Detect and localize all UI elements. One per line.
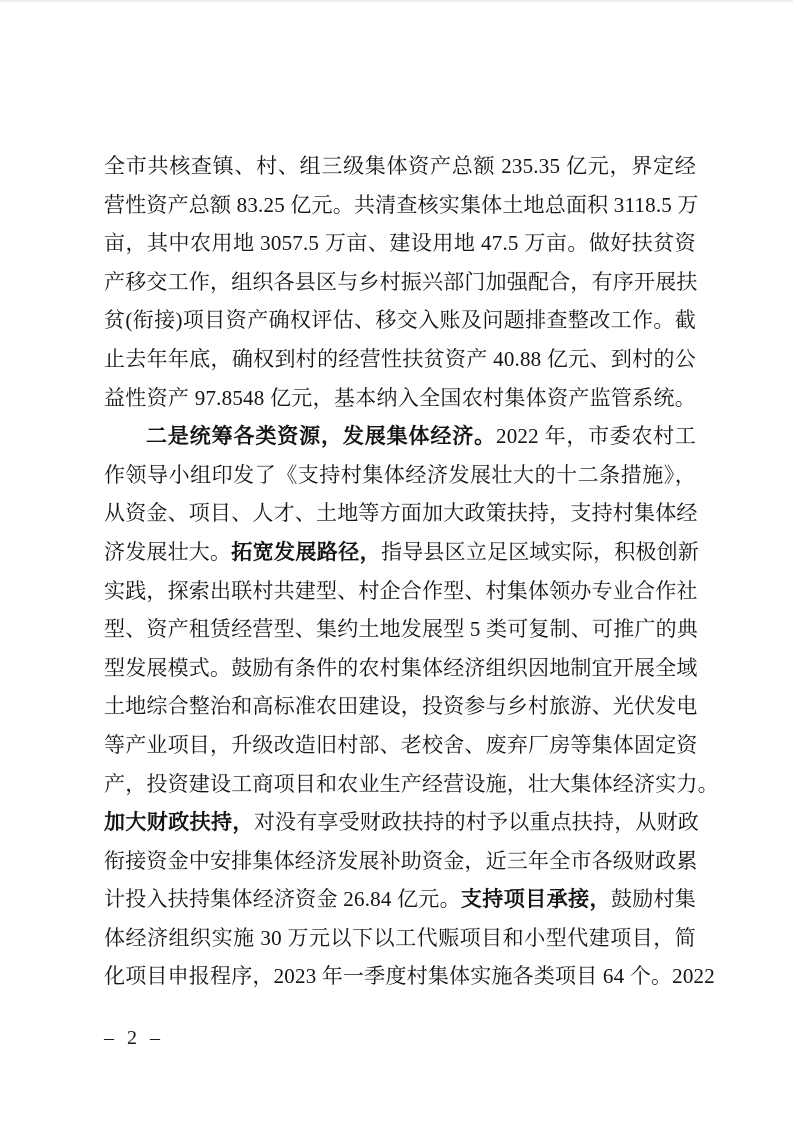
bold-run: 拓宽发展路径，	[231, 541, 381, 564]
text-line: 产移交工作，组织各县区与乡村振兴部门加强配合，有序开展扶	[104, 263, 696, 302]
text-run: 止去年年底，确权到村的经营性扶贫资产 40.88 亿元、到村的公	[104, 347, 696, 371]
text-line: 加大财政扶持，对没有享受财政扶持的村予以重点扶持，从财政	[104, 803, 696, 842]
bold-run: 支持项目承接，	[461, 888, 611, 911]
text-run: 益性资产 97.8548 亿元，基本纳入全国农村集体资产监管系统。	[104, 386, 696, 410]
text-run: 型发展模式。鼓励有条件的农村集体经济组织因地制宜开展全域	[104, 656, 698, 680]
text-run: 鼓励村集	[611, 887, 696, 911]
text-line: 体经济组织实施 30 万元以下以工代赈项目和小型代建项目，简	[104, 919, 696, 958]
text-run: 产，投资建设工商项目和农业生产经营设施，壮大集体经济实力。	[104, 772, 719, 796]
text-run: 全市共核查镇、村、组三级集体资产总额 235.35 亿元，界定经	[104, 154, 696, 178]
text-run: 2022 年，市委农村工	[496, 424, 696, 448]
bold-run: 加大财政扶持，	[104, 811, 254, 834]
text-run: 济发展壮大。	[104, 540, 231, 564]
text-run: 产移交工作，组织各县区与乡村振兴部门加强配合，有序开展扶	[104, 270, 698, 294]
text-line: 等产业项目，升级改造旧村部、老校舍、废弃厂房等集体固定资	[104, 726, 696, 765]
page-number: – 2 –	[104, 1025, 164, 1051]
text-line: 产，投资建设工商项目和农业生产经营设施，壮大集体经济实力。	[104, 765, 696, 804]
document-page: 全市共核查镇、村、组三级集体资产总额 235.35 亿元，界定经营性资产总额 8…	[0, 0, 793, 1122]
text-line: 营性资产总额 83.25 亿元。共清查核实集体土地总面积 3118.5 万	[104, 186, 696, 225]
text-line: 型、资产租赁经营型、集约土地发展型 5 类可复制、可推广的典	[104, 610, 696, 649]
text-line: 作领导小组印发了《支持村集体经济发展壮大的十二条措施》，	[104, 456, 696, 495]
text-run: 贫(衔接)项目资产确权评估、移交入账及问题排查整改工作。截	[104, 308, 696, 332]
text-line: 止去年年底，确权到村的经营性扶贫资产 40.88 亿元、到村的公	[104, 340, 696, 379]
text-run: 型、资产租赁经营型、集约土地发展型 5 类可复制、可推广的典	[104, 617, 698, 641]
text-run: 计投入扶持集体经济资金 26.84 亿元。	[104, 887, 461, 911]
bold-run: 二是统筹各类资源，发展集体经济。	[146, 425, 496, 448]
text-line: 化项目申报程序，2023 年一季度村集体实施各类项目 64 个。2022	[104, 957, 696, 996]
text-line: 从资金、项目、人才、土地等方面加大政策扶持，支持村集体经	[104, 494, 696, 533]
text-line: 二是统筹各类资源，发展集体经济。2022 年，市委农村工	[104, 417, 696, 456]
body-text: 全市共核查镇、村、组三级集体资产总额 235.35 亿元，界定经营性资产总额 8…	[104, 147, 696, 996]
text-run: 从资金、项目、人才、土地等方面加大政策扶持，支持村集体经	[104, 501, 698, 525]
text-line: 贫(衔接)项目资产确权评估、移交入账及问题排查整改工作。截	[104, 301, 696, 340]
scan-edge-artifact	[0, 0, 793, 2]
text-line: 亩，其中农用地 3057.5 万亩、建设用地 47.5 万亩。做好扶贫资	[104, 224, 696, 263]
text-run: 作领导小组印发了《支持村集体经济发展壮大的十二条措施》，	[104, 463, 696, 487]
text-line: 益性资产 97.8548 亿元，基本纳入全国农村集体资产监管系统。	[104, 379, 696, 418]
text-line: 实践，探索出联村共建型、村企合作型、村集体领办专业合作社	[104, 572, 696, 611]
text-line: 全市共核查镇、村、组三级集体资产总额 235.35 亿元，界定经	[104, 147, 696, 186]
text-run: 土地综合整治和高标准农田建设，投资参与乡村旅游、光伏发电	[104, 694, 698, 718]
text-run: 衔接资金中安排集体经济发展补助资金，近三年全市各级财政累	[104, 849, 698, 873]
text-line: 衔接资金中安排集体经济发展补助资金，近三年全市各级财政累	[104, 842, 696, 881]
text-run: 体经济组织实施 30 万元以下以工代赈项目和小型代建项目，简	[104, 926, 696, 950]
text-run: 营性资产总额 83.25 亿元。共清查核实集体土地总面积 3118.5 万	[104, 193, 699, 217]
text-line: 济发展壮大。拓宽发展路径，指导县区立足区域实际，积极创新	[104, 533, 696, 572]
text-run: 亩，其中农用地 3057.5 万亩、建设用地 47.5 万亩。做好扶贫资	[104, 231, 696, 255]
text-line: 土地综合整治和高标准农田建设，投资参与乡村旅游、光伏发电	[104, 687, 696, 726]
text-line: 计投入扶持集体经济资金 26.84 亿元。支持项目承接，鼓励村集	[104, 880, 696, 919]
text-run: 等产业项目，升级改造旧村部、老校舍、废弃厂房等集体固定资	[104, 733, 698, 757]
text-run: 对没有享受财政扶持的村予以重点扶持，从财政	[254, 810, 699, 834]
text-run: 化项目申报程序，2023 年一季度村集体实施各类项目 64 个。2022	[104, 964, 715, 988]
text-run: 指导县区立足区域实际，积极创新	[381, 540, 699, 564]
text-run: 实践，探索出联村共建型、村企合作型、村集体领办专业合作社	[104, 579, 698, 603]
text-line: 型发展模式。鼓励有条件的农村集体经济组织因地制宜开展全域	[104, 649, 696, 688]
